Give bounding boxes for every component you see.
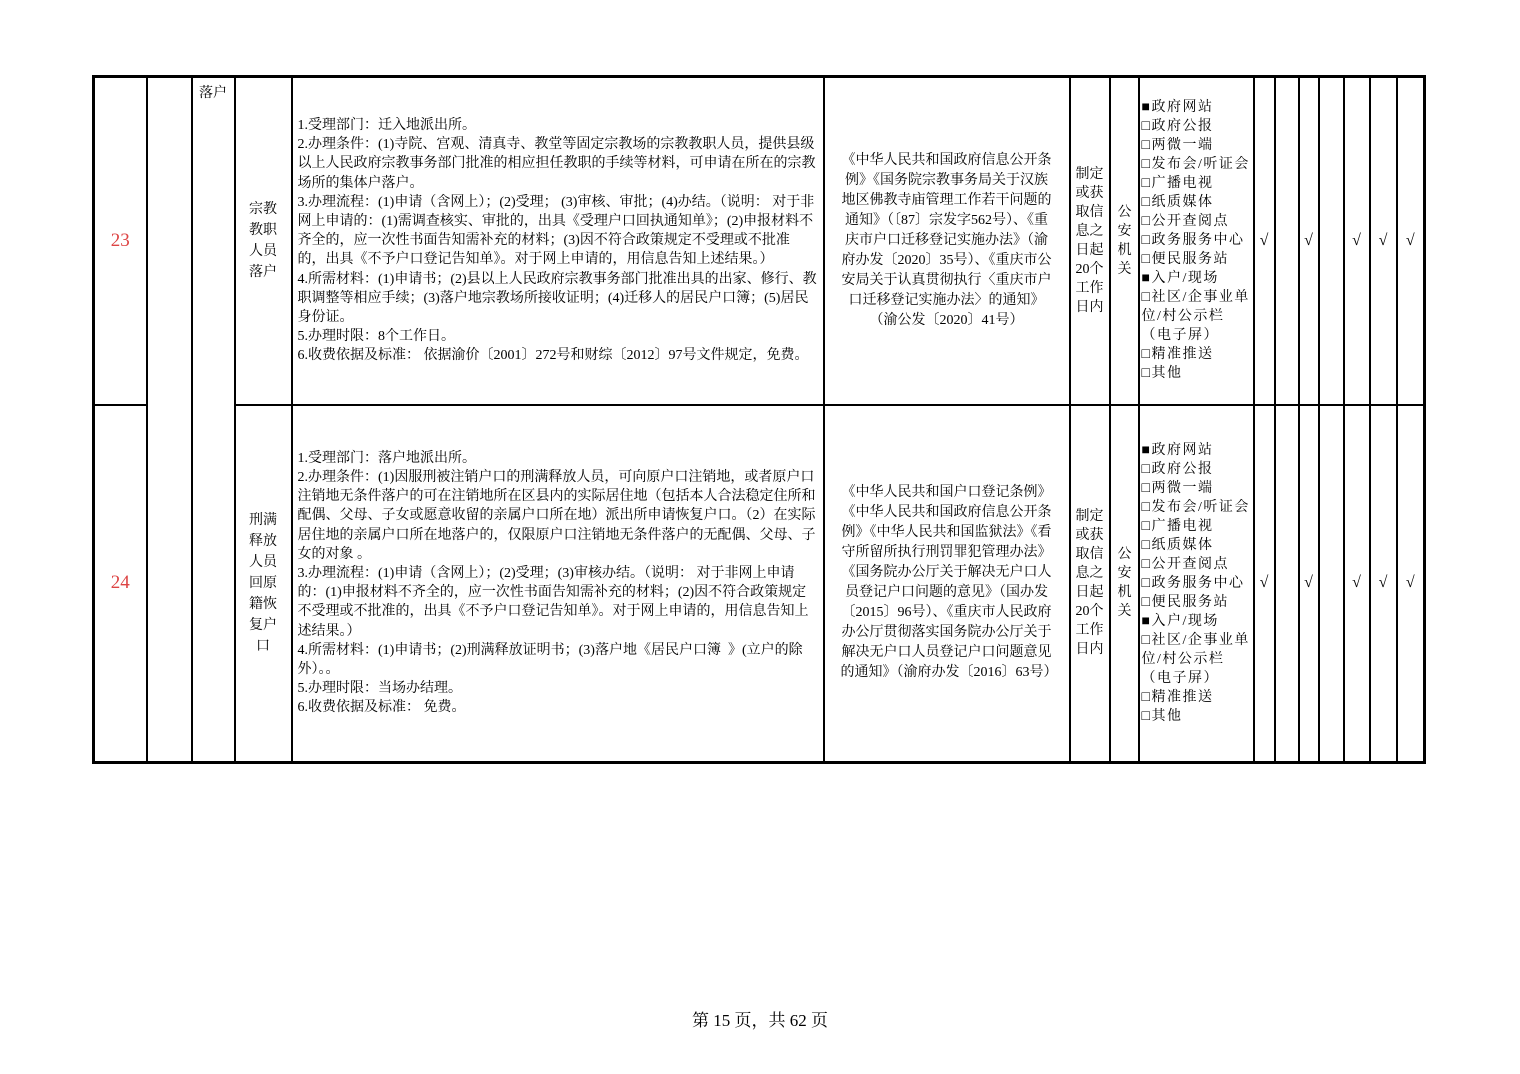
channel-item: □纸质媒体: [1142, 193, 1251, 212]
channel-item: ■政府网站: [1142, 98, 1251, 117]
merged-group-cell: [147, 77, 192, 763]
checkbox-unchecked-icon: □: [1142, 481, 1152, 496]
procedure-details: 1.受理部门：迁入地派出所。 2.办理条件：(1)寺院、宫观、清真寺、教堂等固定…: [292, 77, 824, 405]
checkbox-unchecked-icon: □: [1142, 690, 1152, 705]
check-mark-cell: √: [1344, 405, 1370, 763]
responsible-agency: 公安机关: [1110, 405, 1139, 763]
checkbox-unchecked-icon: □: [1142, 176, 1152, 191]
check-mark-cell: √: [1397, 405, 1425, 763]
checkbox-unchecked-icon: □: [1142, 252, 1152, 267]
channel-label: 政府公报: [1151, 119, 1213, 134]
channel-item: ■入户/现场: [1142, 612, 1251, 631]
checkbox-unchecked-icon: □: [1142, 709, 1152, 724]
channel-item: □政府公报: [1142, 460, 1251, 479]
check-mark-cell: √: [1254, 405, 1275, 763]
checkbox-unchecked-icon: □: [1142, 366, 1152, 381]
channel-label: 广播电视: [1151, 176, 1213, 191]
item-name: 宗教教职人员落户: [235, 77, 292, 405]
channel-label: 公开查阅点: [1151, 214, 1229, 229]
channel-label: 两微一端: [1151, 138, 1213, 153]
channel-label: 便民服务站: [1151, 252, 1229, 267]
disclosure-timeframe: 制定或获取信息之日起20个工作日内: [1070, 77, 1110, 405]
channel-item: ■政府网站: [1142, 441, 1251, 460]
channel-label: 政府公报: [1151, 462, 1213, 477]
channel-label: 两微一端: [1151, 481, 1213, 496]
channel-label: 发布会/听证会: [1151, 500, 1249, 515]
channel-label: 政府网站: [1151, 443, 1213, 458]
page-footer: 第 15 页，共 62 页: [0, 1006, 1520, 1031]
channel-item: □其他: [1142, 707, 1251, 726]
disclosure-channels: ■政府网站□政府公报□两微一端□发布会/听证会□广播电视□纸质媒体□公开查阅点□…: [1139, 77, 1254, 405]
checkbox-unchecked-icon: □: [1142, 347, 1152, 362]
check-mark-cell: √: [1397, 77, 1425, 405]
channel-label: 公开查阅点: [1151, 557, 1229, 572]
channel-item: □政府公报: [1142, 117, 1251, 136]
checkbox-unchecked-icon: □: [1142, 119, 1152, 134]
channel-item: ■入户/现场: [1142, 269, 1251, 288]
legal-basis: 《中华人民共和国政府信息公开条例》《国务院宗教事务局关于汉族地区佛教寺庙管理工作…: [824, 77, 1070, 405]
channel-item: □政务服务中心: [1142, 231, 1251, 250]
channel-item: □纸质媒体: [1142, 536, 1251, 555]
channel-item: □公开查阅点: [1142, 212, 1251, 231]
serial-number: 23: [94, 77, 147, 405]
channel-item: □政务服务中心: [1142, 574, 1251, 593]
legal-basis: 《中华人民共和国户口登记条例》《中华人民共和国政府信息公开条例》《中华人民共和国…: [824, 405, 1070, 763]
checkbox-checked-icon: ■: [1142, 100, 1152, 115]
channel-item: □社区/企事业单位/村公示栏（电子屏）: [1142, 631, 1251, 688]
channel-item: □广播电视: [1142, 174, 1251, 193]
channel-label: 政务服务中心: [1151, 576, 1244, 591]
checkbox-checked-icon: ■: [1142, 614, 1152, 629]
check-mark-cell: √: [1370, 77, 1397, 405]
channel-label: 社区/企事业单位/村公示栏（电子屏）: [1142, 633, 1250, 686]
check-mark-cell: [1275, 77, 1299, 405]
responsible-agency: 公安机关: [1110, 77, 1139, 405]
checkbox-unchecked-icon: □: [1142, 138, 1152, 153]
channel-label: 便民服务站: [1151, 595, 1229, 610]
channel-label: 纸质媒体: [1151, 195, 1213, 210]
disclosure-timeframe: 制定或获取信息之日起20个工作日内: [1070, 405, 1110, 763]
document-page: 23 落户 宗教教职人员落户 1.受理部门：迁入地派出所。 2.办理条件：(1)…: [0, 0, 1520, 1074]
checkbox-unchecked-icon: □: [1142, 462, 1152, 477]
channel-item: □精准推送: [1142, 688, 1251, 707]
checkbox-unchecked-icon: □: [1142, 290, 1152, 305]
checkbox-checked-icon: ■: [1142, 443, 1152, 458]
checkbox-unchecked-icon: □: [1142, 633, 1152, 648]
channel-label: 精准推送: [1151, 690, 1213, 705]
channel-item: □精准推送: [1142, 345, 1251, 364]
channel-item: □公开查阅点: [1142, 555, 1251, 574]
checkbox-unchecked-icon: □: [1142, 195, 1152, 210]
channel-label: 社区/企事业单位/村公示栏（电子屏）: [1142, 290, 1250, 343]
channel-item: □两微一端: [1142, 136, 1251, 155]
check-mark-cell: √: [1344, 77, 1370, 405]
check-mark-cell: √: [1299, 405, 1319, 763]
channel-label: 其他: [1151, 366, 1182, 381]
checkbox-unchecked-icon: □: [1142, 557, 1152, 572]
channel-item: □发布会/听证会: [1142, 155, 1251, 174]
channel-item: □其他: [1142, 364, 1251, 383]
channel-item: □两微一端: [1142, 479, 1251, 498]
serial-number: 24: [94, 405, 147, 763]
channel-item: □发布会/听证会: [1142, 498, 1251, 517]
checkbox-unchecked-icon: □: [1142, 214, 1152, 229]
channel-label: 广播电视: [1151, 519, 1213, 534]
channel-item: □便民服务站: [1142, 250, 1251, 269]
checkbox-checked-icon: ■: [1142, 271, 1152, 286]
check-mark-cell: √: [1254, 77, 1275, 405]
disclosure-channels: ■政府网站□政府公报□两微一端□发布会/听证会□广播电视□纸质媒体□公开查阅点□…: [1139, 405, 1254, 763]
check-mark-cell: [1319, 405, 1344, 763]
channel-item: □社区/企事业单位/村公示栏（电子屏）: [1142, 288, 1251, 345]
check-mark-cell: √: [1370, 405, 1397, 763]
channel-label: 入户/现场: [1151, 271, 1218, 286]
table-row: 23 落户 宗教教职人员落户 1.受理部门：迁入地派出所。 2.办理条件：(1)…: [94, 77, 1425, 405]
checkbox-unchecked-icon: □: [1142, 595, 1152, 610]
checkbox-unchecked-icon: □: [1142, 576, 1152, 591]
channel-label: 精准推送: [1151, 347, 1213, 362]
checkbox-unchecked-icon: □: [1142, 519, 1152, 534]
check-mark-cell: √: [1299, 77, 1319, 405]
channel-label: 发布会/听证会: [1151, 157, 1249, 172]
channel-label: 政务服务中心: [1151, 233, 1244, 248]
channel-item: □便民服务站: [1142, 593, 1251, 612]
channel-label: 政府网站: [1151, 100, 1213, 115]
channel-label: 纸质媒体: [1151, 538, 1213, 553]
disclosure-table: 23 落户 宗教教职人员落户 1.受理部门：迁入地派出所。 2.办理条件：(1)…: [92, 75, 1426, 764]
item-name: 刑满释放人员回原籍恢复户口: [235, 405, 292, 763]
checkbox-unchecked-icon: □: [1142, 157, 1152, 172]
channel-label: 其他: [1151, 709, 1182, 724]
procedure-details: 1.受理部门：落户地派出所。 2.办理条件：(1)因服刑被注销户口的刑满释放人员…: [292, 405, 824, 763]
table-row: 24 刑满释放人员回原籍恢复户口 1.受理部门：落户地派出所。 2.办理条件：(…: [94, 405, 1425, 763]
checkbox-unchecked-icon: □: [1142, 538, 1152, 553]
checkbox-unchecked-icon: □: [1142, 500, 1152, 515]
check-mark-cell: [1275, 405, 1299, 763]
channel-label: 入户/现场: [1151, 614, 1218, 629]
check-mark-cell: [1319, 77, 1344, 405]
checkbox-unchecked-icon: □: [1142, 233, 1152, 248]
category-cell: 落户: [192, 77, 235, 763]
channel-item: □广播电视: [1142, 517, 1251, 536]
